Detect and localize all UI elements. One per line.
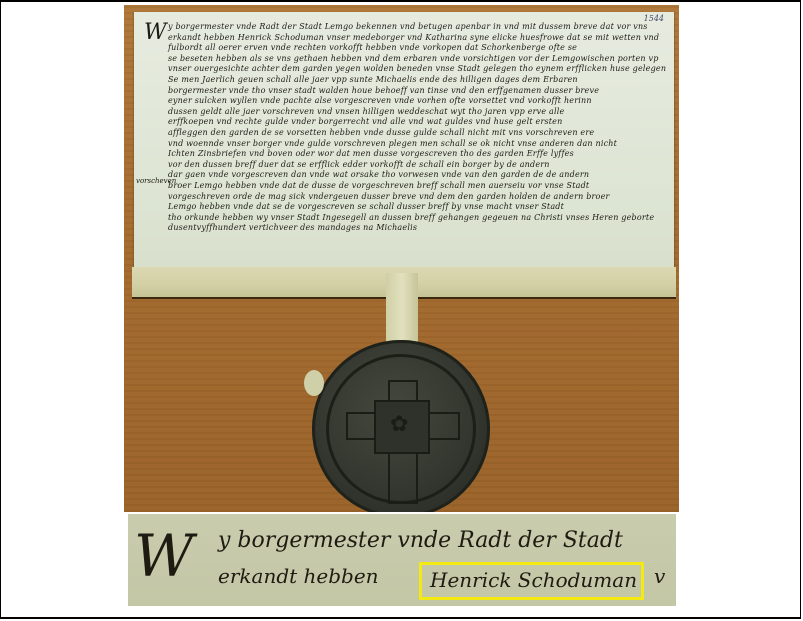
text-line: Lemgo hebben vnde dat se de vorgescreven… [152,202,672,213]
wax-seal: ✿ [312,340,490,512]
text-line: dar gaen vnde vorgescreven dan vnde wat … [152,170,672,181]
detail-line-2-end: v [654,564,665,588]
document-photo: W 1544 vorscheven y borgermester vnde Ra… [124,5,679,512]
name-highlight-box: Henrick Schoduman [419,562,644,600]
text-line: tho orkunde hebben wy vnser Stadt Ingese… [152,213,672,224]
text-line: broer Lemgo hebben vnde dat de dusse de … [152,181,672,192]
text-line: Ichten Zinsbriefen vnd boven oder wor da… [152,149,672,160]
text-line: eyner sulcken wyllen vnde pachte alse vo… [152,96,672,107]
text-line: vnd woennde vnser borger vnde gulde vors… [152,139,672,150]
detail-line-2: erkandt hebben [218,564,379,588]
highlighted-name: Henrick Schoduman [430,568,637,592]
text-line: vnser ouergesichte achter dem garden yeg… [152,64,672,75]
text-line: dussen geldt alle jaer vorschreven vnd v… [152,107,672,118]
text-line: erkandt hebben Henrick Schoduman vnser m… [152,33,672,44]
seal-strip-end [304,370,324,396]
text-line: Se men Jaerlich geuen schall alle jaer v… [152,75,672,86]
text-line: vor den dussen breff duer dat se erfflic… [152,160,672,171]
text-line: affleggen den garden de se vorsetten heb… [152,128,672,139]
rose-icon: ✿ [390,415,408,435]
detail-crop: W y borgermester vnde Radt der Stadt erk… [128,514,676,606]
text-line: y borgermester vnde Radt der Stadt Lemgo… [152,22,672,33]
charter-text: y borgermester vnde Radt der Stadt Lemgo… [152,22,672,234]
text-line: erffkoepen vnd rechte gulde vnder borger… [152,117,672,128]
text-line: dusentvyffhundert vertichveer des mandag… [152,223,448,234]
detail-initial: W [134,516,194,596]
parchment-charter: W 1544 vorscheven y borgermester vnde Ra… [134,12,674,270]
text-line: fulbordt all oerer erven vnde rechten vo… [152,43,672,54]
text-line: se beseten hebben als se vns gethaen heb… [152,54,672,65]
text-line: vorgeschreven orde de mag sick vndergeue… [152,192,672,203]
text-line: borgermester vnde tho vnser stadt walden… [152,86,672,97]
detail-line-1: y borgermester vnde Radt der Stadt [218,528,623,553]
